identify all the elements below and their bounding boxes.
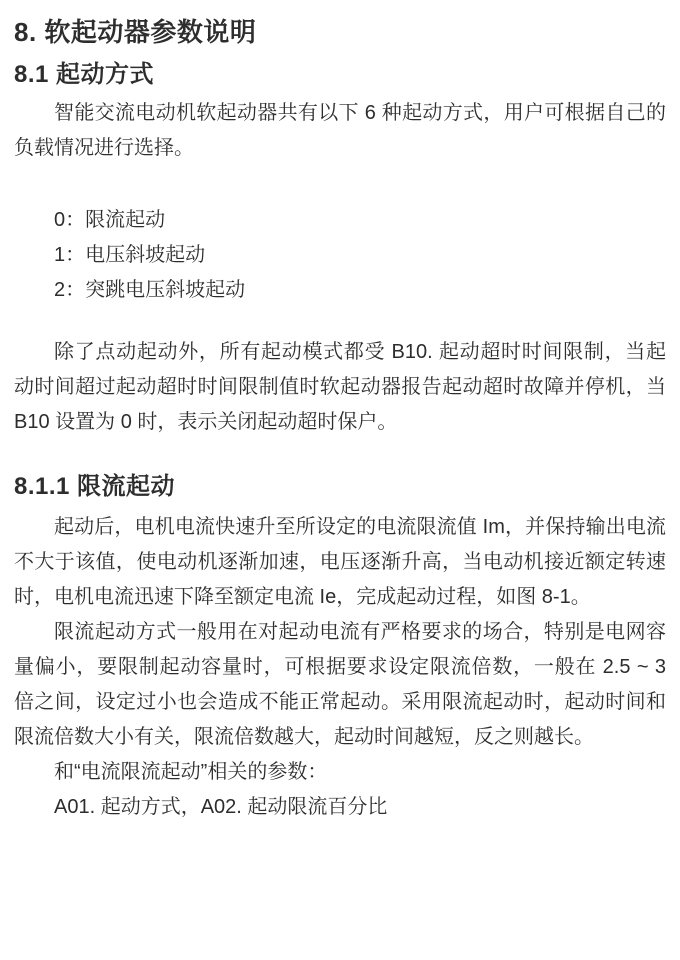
- start-mode-item-2: 2：突跳电压斜坡起动: [54, 273, 666, 308]
- start-mode-item-1: 1：电压斜坡起动: [54, 238, 666, 273]
- related-params-value: A01. 起动方式，A02. 起动限流百分比: [14, 790, 666, 825]
- section-8-1-heading: 8.1 起动方式: [14, 60, 666, 90]
- section-8-1-intro-paragraph: 智能交流电动机软起动器共有以下 6 种起动方式，用户可根据自己的负载情况进行选择…: [14, 96, 666, 166]
- start-mode-item-0: 0：限流起动: [54, 203, 666, 238]
- current-limit-usage-paragraph: 限流起动方式一般用在对起动电流有严格要求的场合，特别是电网容量偏小，要限制起动容…: [14, 615, 666, 755]
- current-limit-start-paragraph: 起动后，电机电流快速升至所设定的电流限流值 Im，并保持输出电流不大于该值，使电…: [14, 510, 666, 615]
- timeout-note-paragraph: 除了点动起动外，所有起动模式都受 B10. 起动超时时间限制，当起动时间超过起动…: [14, 335, 666, 440]
- manual-page: 8. 软起动器参数说明 8.1 起动方式 智能交流电动机软起动器共有以下 6 种…: [0, 0, 680, 960]
- chapter-heading: 8. 软起动器参数说明: [14, 16, 666, 48]
- related-params-label: 和“电流限流起动”相关的参数：: [14, 755, 666, 790]
- start-mode-list: 0：限流起动 1：电压斜坡起动 2：突跳电压斜坡起动: [54, 203, 666, 308]
- section-8-1-1-heading: 8.1.1 限流起动: [14, 472, 666, 502]
